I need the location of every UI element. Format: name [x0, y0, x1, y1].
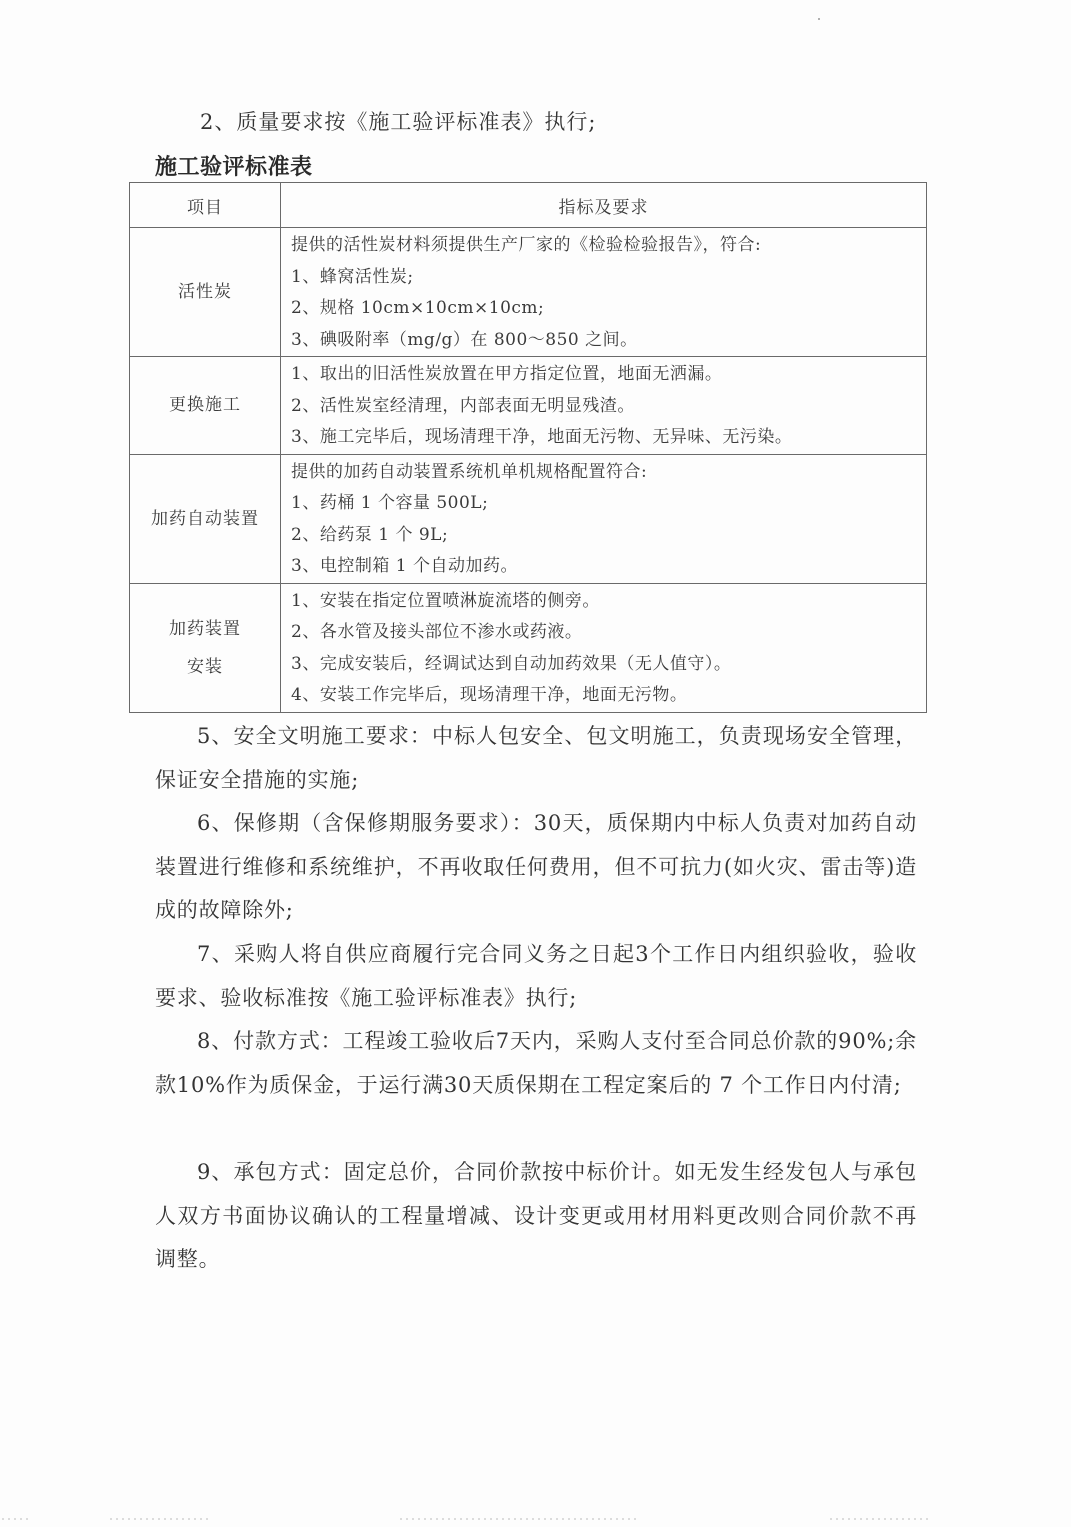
table-row: 更换施工 1、取出的旧活性炭放置在甲方指定位置，地面无洒漏。 2、活性炭室经清理… [130, 357, 927, 455]
table-title: 施工验评标准表 [155, 150, 313, 181]
requirement-line: 2、活性炭室经清理，内部表面无明显残渣。 [291, 391, 918, 423]
item-line: 安装 [130, 648, 280, 686]
scan-artifact [110, 1518, 210, 1520]
scan-artifact [2, 1518, 32, 1520]
paragraph-warranty: 6、保修期（含保修期服务要求）：30天，质保期内中标人负责对加药自动装置进行维修… [155, 802, 917, 933]
paragraph-acceptance: 7、采购人将自供应商履行完合同义务之日起3个工作日内组织验收，验收要求、验收标准… [155, 933, 917, 1020]
table-header-row: 项目 指标及要求 [130, 183, 927, 228]
row-item-dosing-install: 加药装置 安装 [130, 583, 281, 712]
requirement-line: 1、安装在指定位置喷淋旋流塔的侧旁。 [291, 586, 918, 618]
quality-requirement-line: 2、质量要求按《施工验评标准表》执行; [200, 106, 596, 136]
requirement-line: 3、碘吸附率（mg/g）在 800～850 之间。 [291, 325, 918, 357]
requirement-line: 2、各水管及接头部位不渗水或药液。 [291, 617, 918, 649]
header-requirements: 指标及要求 [281, 183, 927, 228]
row-item-auto-dosing: 加药自动装置 [130, 454, 281, 583]
requirement-line: 3、电控制箱 1 个自动加药。 [291, 551, 918, 583]
requirement-line: 3、完成安装后，经调试达到自动加药效果（无人值守）。 [291, 649, 918, 681]
requirement-line: 1、取出的旧活性炭放置在甲方指定位置，地面无洒漏。 [291, 359, 918, 391]
scan-speck [818, 18, 820, 20]
requirement-line: 3、施工完毕后，现场清理干净，地面无污物、无异味、无污染。 [291, 422, 918, 454]
row-item-replacement: 更换施工 [130, 357, 281, 455]
document-page: 2、质量要求按《施工验评标准表》执行; 施工验评标准表 项目 指标及要求 活性炭… [0, 0, 1071, 1527]
requirement-line: 4、安装工作完毕后，现场清理干净，地面无污物。 [291, 680, 918, 712]
acceptance-standard-table: 项目 指标及要求 活性炭 提供的活性炭材料须提供生产厂家的《检验检验报告》，符合… [129, 182, 927, 713]
table-row: 加药装置 安装 1、安装在指定位置喷淋旋流塔的侧旁。 2、各水管及接头部位不渗水… [130, 583, 927, 712]
paragraph-contract-type: 9、承包方式：固定总价，合同价款按中标价计。如无发生经发包人与承包人双方书面协议… [155, 1151, 917, 1282]
table-row: 活性炭 提供的活性炭材料须提供生产厂家的《检验检验报告》，符合: 1、蜂窝活性炭… [130, 228, 927, 357]
requirement-line: 提供的加药自动装置系统机单机规格配置符合: [291, 457, 918, 489]
header-item: 项目 [130, 183, 281, 228]
paragraph-safety: 5、安全文明施工要求：中标人包安全、包文明施工，负责现场安全管理，保证安全措施的… [155, 715, 917, 802]
requirement-line: 1、药桶 1 个容量 500L; [291, 488, 918, 520]
row-requirements: 提供的活性炭材料须提供生产厂家的《检验检验报告》，符合: 1、蜂窝活性炭; 2、… [281, 228, 927, 357]
row-requirements: 提供的加药自动装置系统机单机规格配置符合: 1、药桶 1 个容量 500L; 2… [281, 454, 927, 583]
table-row: 加药自动装置 提供的加药自动装置系统机单机规格配置符合: 1、药桶 1 个容量 … [130, 454, 927, 583]
item-line: 加药装置 [130, 610, 280, 648]
requirement-line: 1、蜂窝活性炭; [291, 262, 918, 294]
scan-artifact [400, 1518, 640, 1520]
paragraph-payment: 8、付款方式：工程竣工验收后7天内，采购人支付至合同总价款的90%;余款10%作… [155, 1020, 917, 1107]
row-item-activated-carbon: 活性炭 [130, 228, 281, 357]
scan-artifact [830, 1518, 930, 1520]
requirement-line: 2、规格 10cm×10cm×10cm; [291, 293, 918, 325]
row-requirements: 1、取出的旧活性炭放置在甲方指定位置，地面无洒漏。 2、活性炭室经清理，内部表面… [281, 357, 927, 455]
requirement-line: 2、给药泵 1 个 9L; [291, 520, 918, 552]
requirement-line: 提供的活性炭材料须提供生产厂家的《检验检验报告》，符合: [291, 230, 918, 262]
row-requirements: 1、安装在指定位置喷淋旋流塔的侧旁。 2、各水管及接头部位不渗水或药液。 3、完… [281, 583, 927, 712]
